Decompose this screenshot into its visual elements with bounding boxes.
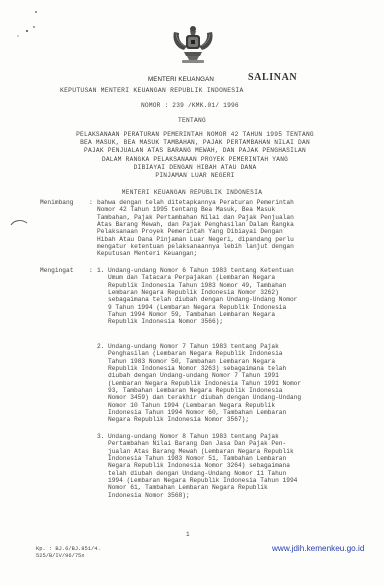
subject-line: PELAKSANAAN PERATURAN PEMERINTAH NOMOR 4… [30, 131, 360, 139]
text-line: Pertambahan Nilai Barang Dan Jasa Dan Pa… [108, 440, 297, 447]
text-line: Pelaksanaan Proyek Pemerintah Yang Dibia… [97, 228, 294, 235]
item-number: 1. [97, 267, 104, 274]
text-line: Indonesia Tahun 1994 Nomor 60, Tambahan … [108, 409, 301, 416]
footer-ref-line: 525/B/IV/96/75x [36, 553, 101, 560]
text-line: diubah dengan Undang-undang Nomor 7 Tahu… [108, 372, 301, 379]
text-line: Undang-undang Nomor 8 Tahun 1983 tentang… [108, 433, 297, 440]
decree-subject: PELAKSANAAN PERATURAN PEMERINTAH NOMOR 4… [30, 131, 360, 180]
document-page: MENTERI KEUANGAN SALINAN KEPUTUSAN MENTE… [0, 0, 384, 586]
garuda-pancasila-emblem-icon [170, 22, 216, 66]
text-line: Tambahan, Pajak Pertambahan Nilai dan Pa… [97, 214, 294, 221]
text-line: Lembaran Negara Republik Indonesia Nomor… [108, 289, 297, 296]
mengingat-item-3: Undang-undang Nomor 8 Tahun 1983 tentang… [108, 433, 297, 499]
text-line: Undang-undang Nomor 7 Tahun 1983 tentang… [108, 343, 301, 350]
margin-pen-mark [10, 219, 28, 227]
text-line: Tahun 1983 Nomor 50, Tambahan Lembaran N… [108, 358, 301, 365]
subject-line: DIBIAYAI DENGAN HIBAH ATAU DANA [30, 164, 360, 172]
scan-speck-marks [10, 6, 60, 41]
menimbang-text: bahwa dengan telah ditetapkannya Peratur… [97, 199, 294, 258]
tentang-heading: TENTANG [0, 117, 384, 124]
text-line: Republik Indonesia Nomor 3263) sebagaima… [108, 365, 301, 372]
text-line: Indonesia Tahun 1983 Nomor 51, Tambahan … [108, 455, 297, 462]
footer-reference: Kp. : BJ.6/BJ.851/4. 525/B/IV/96/75x [36, 546, 101, 561]
text-line: 1994 (Lembaran Negara Republik Indonesia… [108, 477, 297, 484]
ministry-label: MENTERI KEUANGAN [148, 76, 214, 83]
mengingat-label: Mengingat [40, 267, 73, 274]
text-line: Nomor 42 Tahun 1995 tentang Bea Masuk, B… [97, 206, 294, 213]
text-line: Nomor 61, Tambahan Lembaran Negara Repub… [108, 484, 297, 491]
subject-line: DALAM RANGKA PELAKSANAAN PROYEK PEMERINT… [30, 156, 360, 164]
jdih-website-link[interactable]: www.jdih.kemenkeu.go.id [272, 544, 364, 553]
decree-number: NOMOR : 239 /KMK.01/ 1996 [141, 102, 239, 109]
text-line: Penghasilan (Lembaran Negara Republik In… [108, 350, 301, 357]
text-line: Republik Indonesia Nomor 3566); [108, 318, 297, 325]
salinan-stamp: SALINAN [248, 72, 297, 83]
text-line: sebagaimana telah diubah dengan Undang-U… [108, 296, 297, 303]
text-line: Keputusan Menteri Keuangan; [97, 250, 294, 257]
text-line: Nomor 3459) dan terakhir diubah dengan U… [108, 394, 301, 401]
minister-heading: MENTERI KEUANGAN REPUBLIK INDONESIA [0, 189, 384, 196]
text-line: 93, Tambahan Lembaran Negara Republik In… [108, 387, 301, 394]
text-line: (Lembaran Negara Republik Indonesia Tahu… [108, 380, 301, 387]
decree-title: KEPUTUSAN MENTERI KEUANGAN REPUBLIK INDO… [60, 87, 360, 94]
mengingat-colon: : [89, 267, 93, 274]
text-line: jualan Atas Barang Mewah (Lembaran Negar… [108, 448, 297, 455]
page-number: 1 [186, 531, 190, 538]
text-line: Tahun 1994 Nomor 59, Tambahan Lembaran N… [108, 311, 297, 318]
text-line: Umum dan Tatacara Perpajakan (Lembaran N… [108, 274, 297, 281]
subject-line: PAJAK PENJUALAN ATAS BARANG MEWAH, DAN P… [30, 147, 360, 155]
text-line: telah diubah dengan Undang-Undang Nomor … [108, 470, 297, 477]
text-line: bahwa dengan telah ditetapkannya Peratur… [97, 199, 294, 206]
menimbang-colon: : [89, 199, 93, 206]
text-line: 9 Tahun 1994 (Lembaran Negara Republik I… [108, 304, 297, 311]
text-line: Indonesia Nomor 3568); [108, 492, 297, 499]
text-line: Republik Indonesia Tahun 1983 Nomor 49, … [108, 282, 297, 289]
footer-ref-line: Kp. : BJ.6/BJ.851/4. [36, 546, 101, 553]
item-number: 3. [97, 433, 104, 440]
text-line: Hibah Atau Dana Pinjaman Luar Negeri, di… [97, 236, 294, 243]
text-line: Negara Republik Indonesia Nomor 3264) se… [108, 462, 297, 469]
mengingat-item-2: Undang-undang Nomor 7 Tahun 1983 tentang… [108, 343, 301, 424]
mengingat-item-1: Undang-undang Nomor 6 Tahun 1983 tentang… [108, 267, 297, 326]
item-number: 2. [97, 343, 104, 350]
text-line: Nomor 10 Tahun 1994 (Lembaran Negara Rep… [108, 402, 301, 409]
text-line: Atas Barang Mewah, dan Pajak Penghasilan… [97, 221, 294, 228]
menimbang-label: Menimbang [40, 199, 73, 206]
text-line: Negara Republik Indonesia Nomor 3567); [108, 416, 301, 423]
subject-line: PINJAMAN LUAR NEGERI [30, 172, 360, 180]
subject-line: BEA MASUK, BEA MASUK TAMBAHAN, PAJAK PER… [30, 139, 360, 147]
text-line: Undang-undang Nomor 6 Tahun 1983 tentang… [108, 267, 297, 274]
text-line: mengatur ketentuan pelaksanaannya lebih … [97, 243, 294, 250]
